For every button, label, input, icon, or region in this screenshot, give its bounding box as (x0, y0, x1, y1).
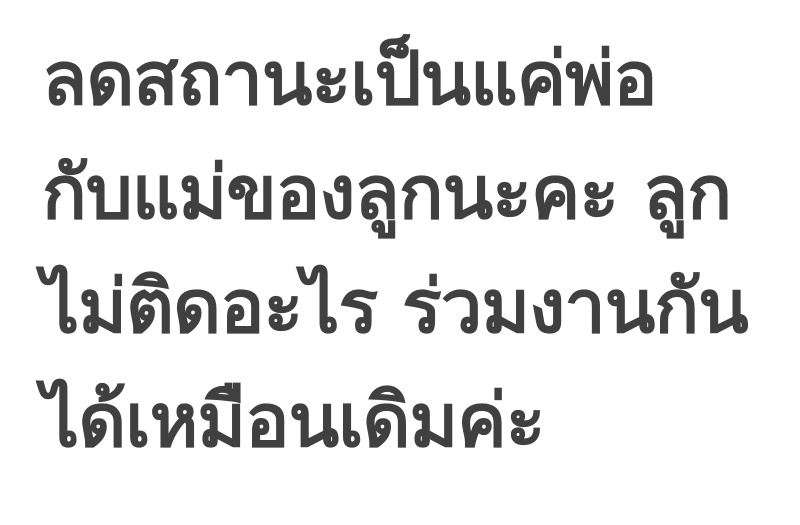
quote-line-4: ได้เหมือนเดิมค่ะ (42, 364, 782, 478)
quote-line-3: ไม่ติดอะไร ร่วมงานกัน (42, 250, 782, 364)
quote-line-2: กับแม่ของลูกนะคะ ลูก (42, 136, 782, 250)
quote-text-block: ลดสถานะเป็นแค่พ่อ กับแม่ของลูกนะคะ ลูก ไ… (42, 22, 782, 478)
quote-line-1: ลดสถานะเป็นแค่พ่อ (42, 22, 782, 136)
